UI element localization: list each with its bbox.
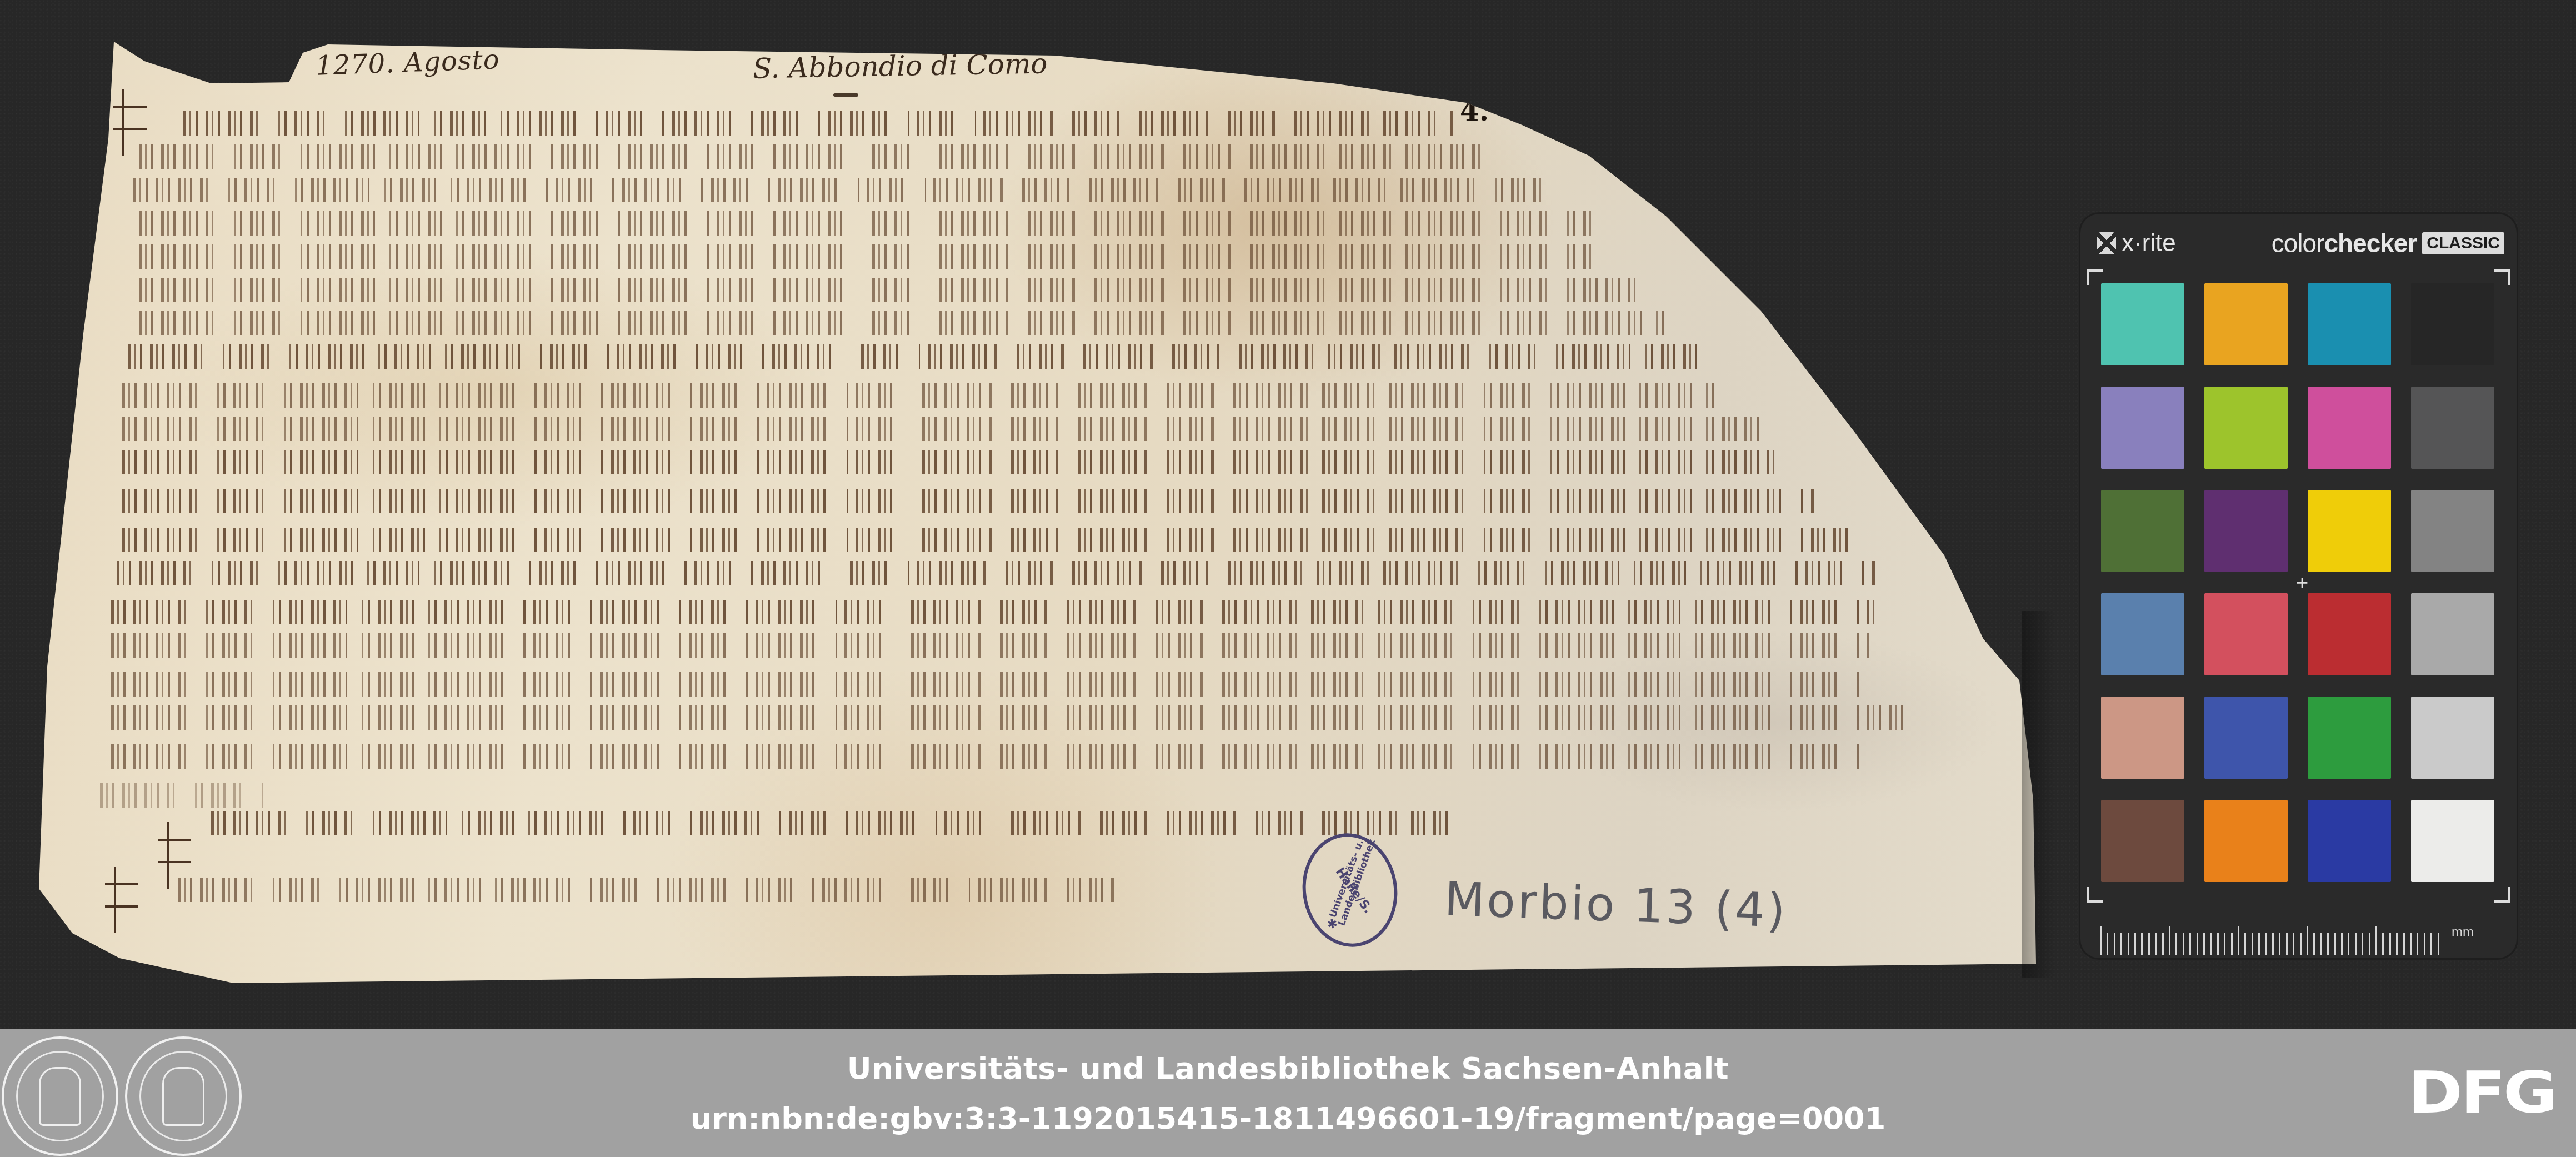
manuscript-line xyxy=(122,528,1855,552)
color-patch-cyan xyxy=(2308,283,2391,365)
color-patch-orange-yellow xyxy=(2204,283,2288,365)
dfg-logo: DFG xyxy=(2408,1059,2555,1126)
manuscript-line xyxy=(122,383,1722,408)
xrite-brand-label: x·rite xyxy=(2122,229,2176,257)
color-patch-orange xyxy=(2204,800,2288,882)
color-patch-red xyxy=(2308,593,2391,675)
manuscript-line xyxy=(183,111,1455,136)
color-patch-purplish-blue xyxy=(2204,697,2288,779)
registration-mark-icon xyxy=(2087,269,2103,285)
subscription-line xyxy=(211,811,1455,835)
marginal-number: 4. xyxy=(1460,94,1489,127)
institution-name: Universitäts- und Landesbibliothek Sachs… xyxy=(0,1051,2576,1086)
manuscript-line xyxy=(133,178,1555,202)
archival-place-annotation: S. Abbondio di Como xyxy=(753,47,1048,84)
colorchecker-product-name: color checker CLASSIC xyxy=(2272,228,2504,258)
color-patch-neutral-3-5 xyxy=(2411,387,2494,469)
registration-mark-icon xyxy=(2494,887,2510,903)
manuscript-line xyxy=(139,144,1500,169)
color-patch-blue xyxy=(2308,800,2391,882)
xrite-brand: x·rite xyxy=(2097,229,2176,257)
color-patch-yellow-green xyxy=(2204,387,2288,469)
color-patch-bluish-green xyxy=(2101,283,2184,365)
product-name-light: color xyxy=(2272,228,2324,258)
registration-mark-icon xyxy=(2494,269,2510,285)
crosshair-icon: + xyxy=(2296,573,2308,594)
color-patch-neutral-8 xyxy=(2411,697,2494,779)
notarial-signum-icon xyxy=(122,89,158,156)
color-patch-white xyxy=(2411,800,2494,882)
parchment-shadow xyxy=(2022,611,2055,978)
color-checker-target: x·rite color checker CLASSIC + mm xyxy=(2080,214,2517,958)
manuscript-line xyxy=(117,561,1878,585)
color-patch-light-skin xyxy=(2101,697,2184,779)
urn-identifier: urn:nbn:de:gbv:3:3-1192015415-1811496601… xyxy=(0,1101,2576,1136)
color-patch-green xyxy=(2308,697,2391,779)
mm-ruler-major-ticks xyxy=(2100,926,2444,955)
manuscript-line xyxy=(122,417,1761,441)
manuscript-line xyxy=(122,450,1778,474)
manuscript-line xyxy=(139,311,1667,335)
pencil-shelfmark: Morbio 13 (4) xyxy=(1443,871,1788,938)
color-patch-blue-sky xyxy=(2101,593,2184,675)
color-patch-foliage xyxy=(2101,490,2184,572)
annotation-underline xyxy=(833,93,858,97)
color-patch-purple xyxy=(2204,490,2288,572)
registration-mark-icon xyxy=(2087,887,2103,903)
color-patch-neutral-5 xyxy=(2411,490,2494,572)
manuscript-line xyxy=(139,211,1594,236)
footer-bar: Universitäts- und Landesbibliothek Sachs… xyxy=(0,1029,2576,1157)
stamp-star-icon: ✱ xyxy=(1327,916,1339,932)
manuscript-fragment: 1270. Agosto S. Abbondio di Como 4. Univ… xyxy=(0,0,2055,1029)
classic-badge: CLASSIC xyxy=(2422,232,2504,254)
manuscript-line xyxy=(139,244,1594,269)
manuscript-line xyxy=(111,744,1867,769)
color-patch-dark-skin xyxy=(2101,800,2184,882)
color-patch-blue-flower xyxy=(2101,387,2184,469)
manuscript-line xyxy=(128,344,1705,369)
product-name-bold: checker xyxy=(2324,228,2417,258)
manuscript-line xyxy=(139,278,1639,302)
library-stamp: Universitäts- u. Landesbibliothek Halle/… xyxy=(1295,827,1405,953)
manuscript-line xyxy=(111,633,1872,658)
manuscript-line xyxy=(111,672,1867,697)
manuscript-line xyxy=(111,705,1911,730)
manuscript-line xyxy=(111,600,1878,624)
color-patch-magenta xyxy=(2308,387,2391,469)
subscription-line xyxy=(178,878,1128,902)
color-patch-moderate-red xyxy=(2204,593,2288,675)
notarial-signum-icon xyxy=(114,867,149,933)
color-patch-neutral-6-5 xyxy=(2411,593,2494,675)
manuscript-line xyxy=(100,783,267,808)
color-patch-black xyxy=(2411,283,2494,365)
ruler-unit-label: mm xyxy=(2452,925,2474,940)
color-patch-yellow xyxy=(2308,490,2391,572)
notarial-signum-icon xyxy=(167,822,202,889)
archival-date-annotation: 1270. Agosto xyxy=(315,44,501,82)
parchment-sheet: 1270. Agosto S. Abbondio di Como 4. Univ… xyxy=(0,0,2055,1029)
xrite-logo-icon xyxy=(2097,232,2116,254)
manuscript-line xyxy=(122,489,1817,513)
